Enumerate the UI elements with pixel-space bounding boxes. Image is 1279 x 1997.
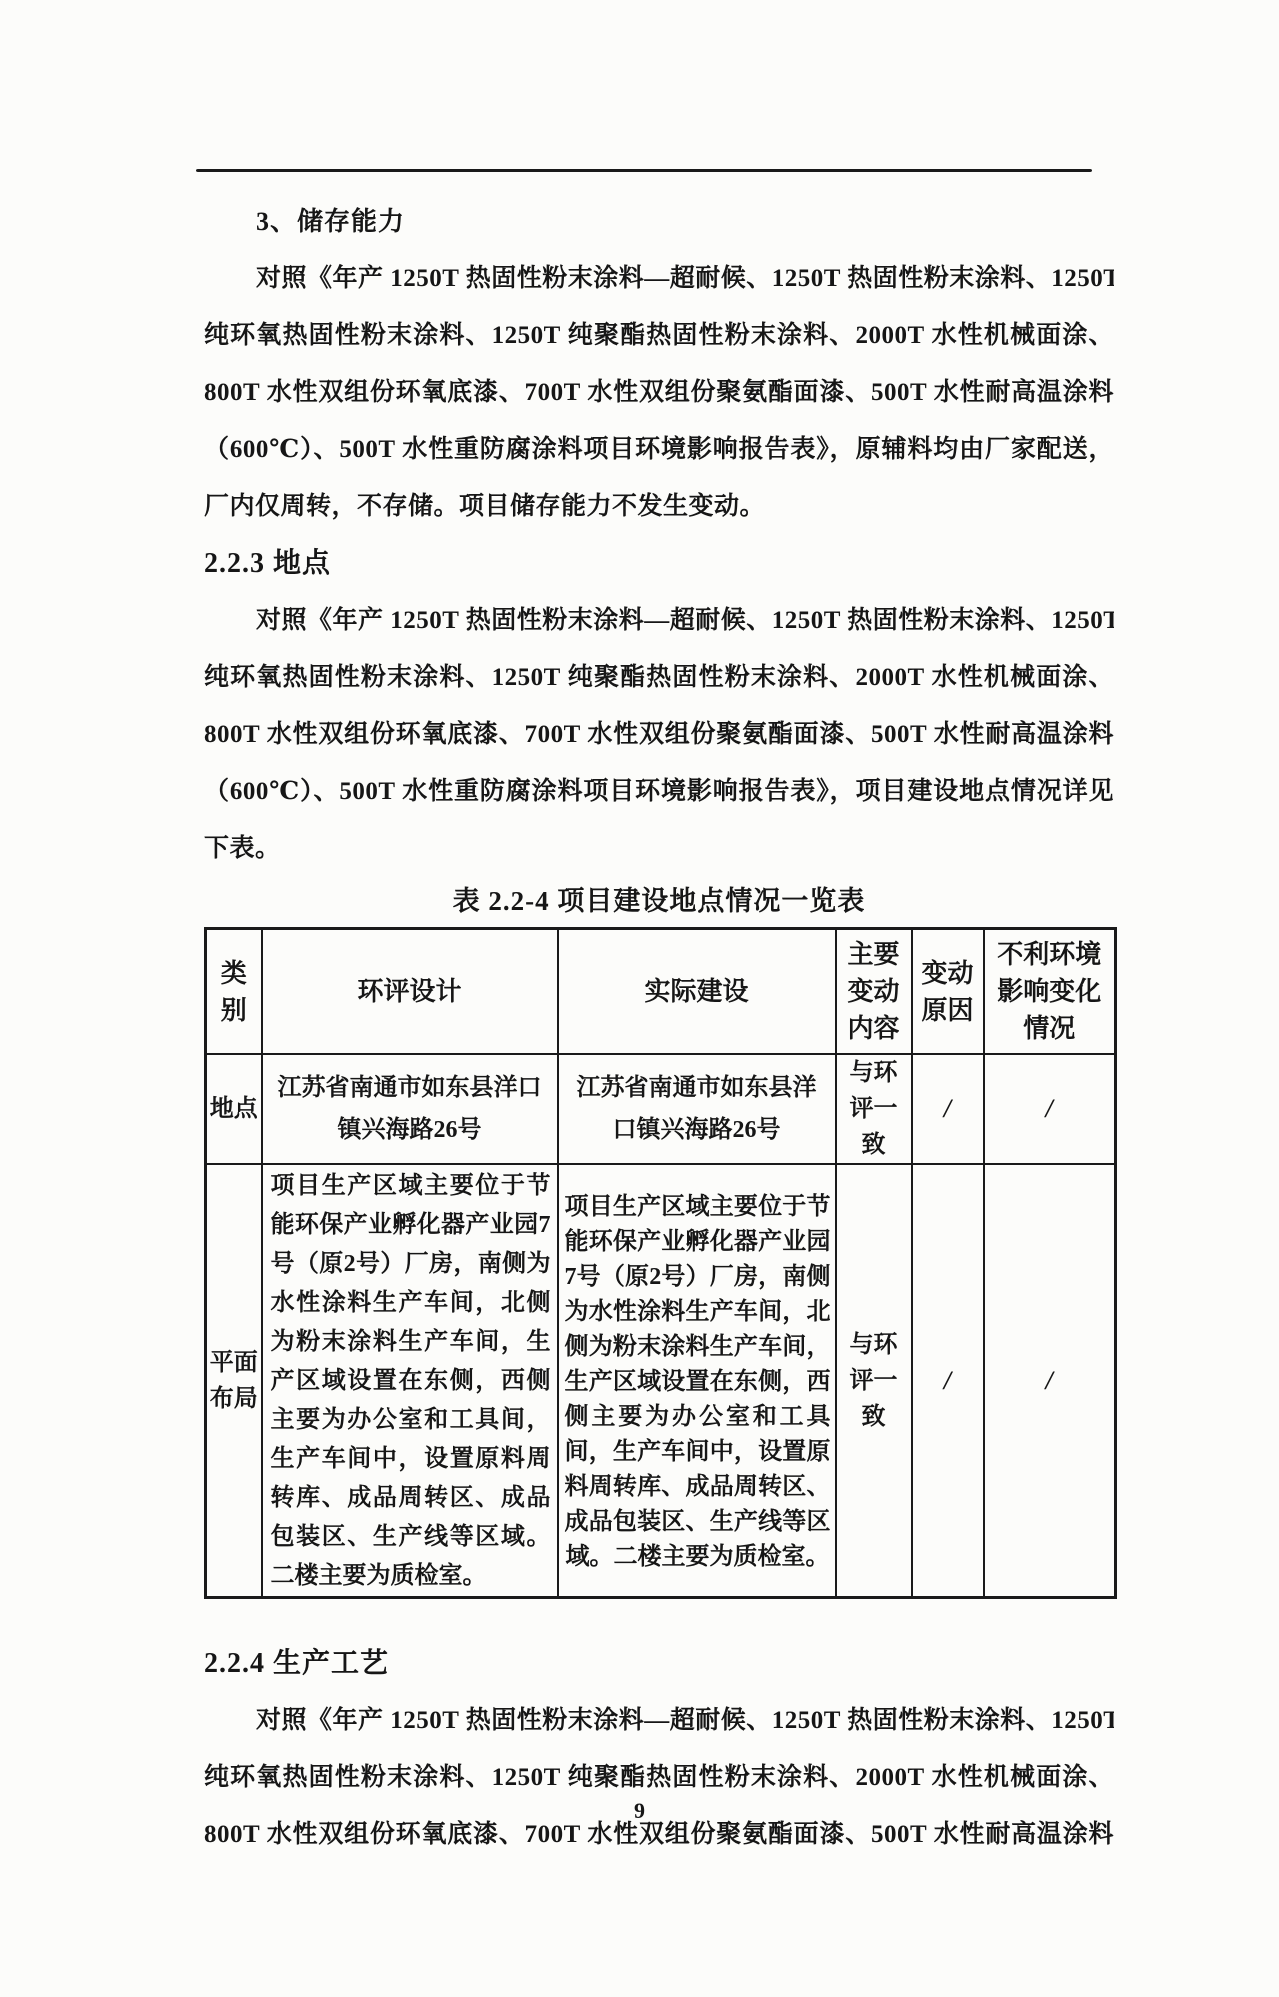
table-row-location: 地点 江苏省南通市如东县洋口镇兴海路26号 江苏省南通市如东县洋口镇兴海路26号… [206, 1054, 1116, 1164]
paragraph-line: 纯环氧热固性粉末涂料、1250T 纯聚酯热固性粉末涂料、2000T 水性机械面涂… [204, 307, 1114, 364]
cell-main-change: 与环评一致 [836, 1164, 912, 1598]
paragraph-line: （600℃）、500T 水性重防腐涂料项目环境影响报告表》，原辅料均由厂家配送， [204, 421, 1114, 478]
cell-main-change: 与环评一致 [836, 1054, 912, 1164]
page-number: 9 [0, 1798, 1279, 1824]
cell-eia-design: 江苏省南通市如东县洋口镇兴海路26号 [262, 1054, 558, 1164]
section-heading-storage: 3、储存能力 [204, 193, 1114, 250]
paragraph-line: 对照《年产 1250T 热固性粉末涂料—超耐候、1250T 热固性粉末涂料、12… [204, 250, 1114, 307]
header-separator-rule [196, 169, 1092, 172]
cell-change-reason: / [912, 1054, 984, 1164]
paragraph-line: 下表。 [204, 820, 1114, 877]
table-header-row: 类别 环评设计 实际建设 主要变动内容 变动原因 不利环境影响变化情况 [206, 929, 1116, 1055]
paragraph-line: 纯环氧热固性粉末涂料、1250T 纯聚酯热固性粉末涂料、2000T 水性机械面涂… [204, 649, 1114, 706]
col-header-main-change: 主要变动内容 [836, 929, 912, 1055]
col-header-actual-construction: 实际建设 [558, 929, 836, 1055]
paragraph-line: 800T 水性双组份环氧底漆、700T 水性双组份聚氨酯面漆、500T 水性耐高… [204, 706, 1114, 763]
document-page: 3、储存能力 对照《年产 1250T 热固性粉末涂料—超耐候、1250T 热固性… [0, 0, 1279, 1997]
cell-category: 平面布局 [206, 1164, 262, 1598]
cell-category: 地点 [206, 1054, 262, 1164]
col-header-eia-design: 环评设计 [262, 929, 558, 1055]
section-heading-location: 2.2.3 地点 [204, 535, 1114, 592]
table-title: 表 2.2-4 项目建设地点情况一览表 [204, 877, 1114, 925]
section-gap [204, 1599, 1114, 1635]
table-row-layout: 平面布局 项目生产区域主要位于节能环保产业孵化器产业园7号（原2号）厂房，南侧为… [206, 1164, 1116, 1598]
cell-actual-construction: 江苏省南通市如东县洋口镇兴海路26号 [558, 1054, 836, 1164]
col-header-adverse-impact: 不利环境影响变化情况 [984, 929, 1116, 1055]
paragraph-line: 对照《年产 1250T 热固性粉末涂料—超耐候、1250T 热固性粉末涂料、12… [204, 1692, 1114, 1749]
page-content: 3、储存能力 对照《年产 1250T 热固性粉末涂料—超耐候、1250T 热固性… [204, 193, 1114, 1863]
paragraph-line: 对照《年产 1250T 热固性粉末涂料—超耐候、1250T 热固性粉末涂料、12… [204, 592, 1114, 649]
paragraph-line: （600℃）、500T 水性重防腐涂料项目环境影响报告表》，项目建设地点情况详见 [204, 763, 1114, 820]
section-heading-process: 2.2.4 生产工艺 [204, 1635, 1114, 1692]
cell-adverse-impact: / [984, 1054, 1116, 1164]
cell-eia-design: 项目生产区域主要位于节能环保产业孵化器产业园7号（原2号）厂房，南侧为水性涂料生… [262, 1164, 558, 1598]
paragraph-line: 厂内仅周转，不存储。项目储存能力不发生变动。 [204, 478, 1114, 535]
col-header-change-reason: 变动原因 [912, 929, 984, 1055]
paragraph-line: 800T 水性双组份环氧底漆、700T 水性双组份聚氨酯面漆、500T 水性耐高… [204, 364, 1114, 421]
cell-change-reason: / [912, 1164, 984, 1598]
cell-adverse-impact: / [984, 1164, 1116, 1598]
location-table: 类别 环评设计 实际建设 主要变动内容 变动原因 不利环境影响变化情况 地点 江… [204, 927, 1117, 1599]
cell-actual-construction: 项目生产区域主要位于节能环保产业孵化器产业园7号（原2号）厂房，南侧为水性涂料生… [558, 1164, 836, 1598]
col-header-category: 类别 [206, 929, 262, 1055]
